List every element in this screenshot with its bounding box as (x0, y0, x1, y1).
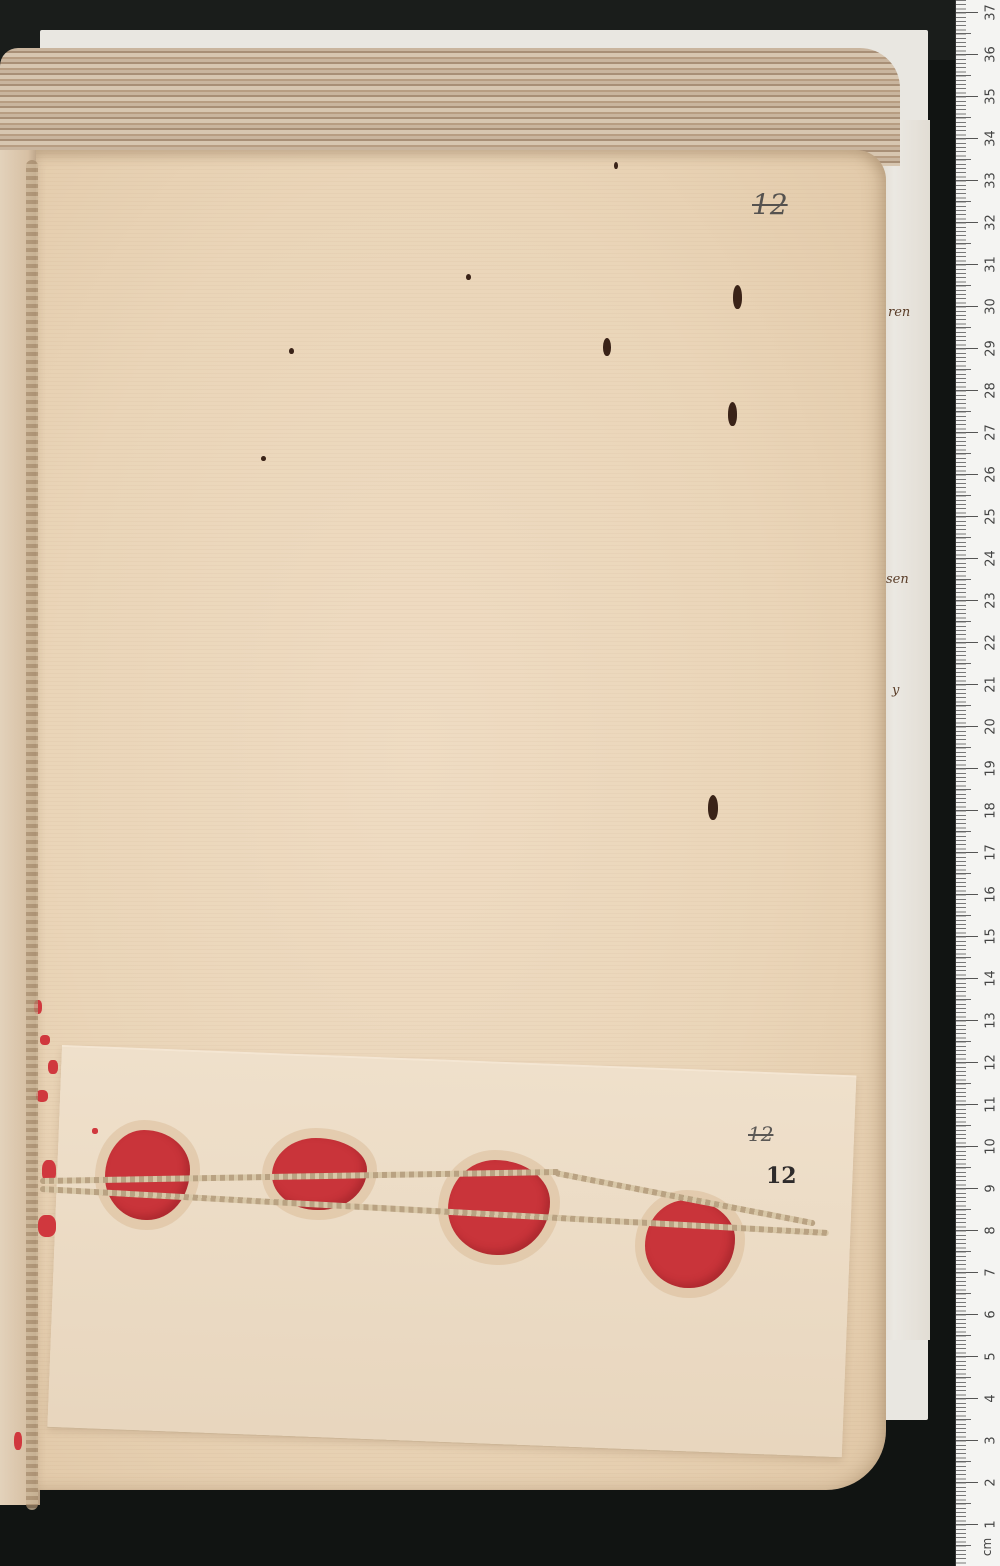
wax-crumb (38, 1215, 56, 1237)
ruler-label: 18 (984, 802, 999, 820)
ruler-label: 15 (984, 928, 999, 946)
page-block-edges (0, 48, 900, 166)
ruler-label: 29 (984, 340, 999, 358)
envelope-number-label: 12 (766, 1163, 797, 1189)
margin-note-3: y (892, 683, 899, 698)
ink-spot (466, 274, 471, 280)
ruler-label: 11 (984, 1096, 999, 1114)
ruler-label: 22 (984, 634, 999, 652)
ruler-label: 8 (984, 1222, 999, 1240)
ruler-label: 25 (984, 508, 999, 526)
ink-spot (289, 348, 294, 354)
ruler-label: 7 (984, 1264, 999, 1282)
ink-spot (708, 795, 718, 820)
ruler-label: 23 (984, 592, 999, 610)
envelope-old-number: 12 (748, 1122, 773, 1146)
spine-binding-cord (26, 160, 38, 1510)
ruler-label: 34 (984, 130, 999, 148)
folio-number-pencil: 12 (752, 188, 788, 221)
ruler-half-ticks (956, 0, 971, 1566)
ruler-label: 32 (984, 214, 999, 232)
wax-crumb (92, 1128, 98, 1134)
wax-crumb (48, 1060, 58, 1074)
ruler-label: 26 (984, 466, 999, 484)
wax-crumb (14, 1432, 22, 1450)
ruler-label: 19 (984, 760, 999, 778)
ruler-label: 10 (984, 1138, 999, 1156)
centimeter-ruler: 1 2 3 4 5 6 7 8 9 10 11 12 13 14 15 16 1… (955, 0, 1000, 1566)
ruler-label: 16 (984, 886, 999, 904)
ruler-label: 13 (984, 1012, 999, 1030)
ruler-label: 1 (984, 1516, 999, 1534)
ink-spot (603, 338, 611, 356)
ruler-label: 2 (984, 1474, 999, 1492)
ruler-unit-label: cm (980, 1538, 994, 1556)
ruler-label: 33 (984, 172, 999, 190)
ruler-label: 21 (984, 676, 999, 694)
ruler-label: 3 (984, 1432, 999, 1450)
margin-note-2: sen (886, 572, 909, 587)
sealed-envelope-flap (47, 1045, 856, 1457)
ink-spot (728, 402, 737, 426)
ink-spot (261, 456, 266, 461)
ruler-label: 14 (984, 970, 999, 988)
ruler-label: 17 (984, 844, 999, 862)
wax-crumb (40, 1035, 50, 1045)
ruler-label: 6 (984, 1306, 999, 1324)
ruler-label: 31 (984, 256, 999, 274)
ruler-label: 30 (984, 298, 999, 316)
ink-spot (614, 162, 618, 169)
ruler-label: 35 (984, 88, 999, 106)
ruler-label: 28 (984, 382, 999, 400)
ruler-label: 24 (984, 550, 999, 568)
ruler-label: 9 (984, 1180, 999, 1198)
ruler-label: 5 (984, 1348, 999, 1366)
ruler-label: 37 (984, 4, 999, 22)
ruler-label: 4 (984, 1390, 999, 1408)
ruler-label: 12 (984, 1054, 999, 1072)
margin-note-1: ren (888, 305, 910, 320)
ink-spot (733, 285, 742, 309)
ruler-label: 20 (984, 718, 999, 736)
ruler-label: 27 (984, 424, 999, 442)
ruler-label: 36 (984, 46, 999, 64)
